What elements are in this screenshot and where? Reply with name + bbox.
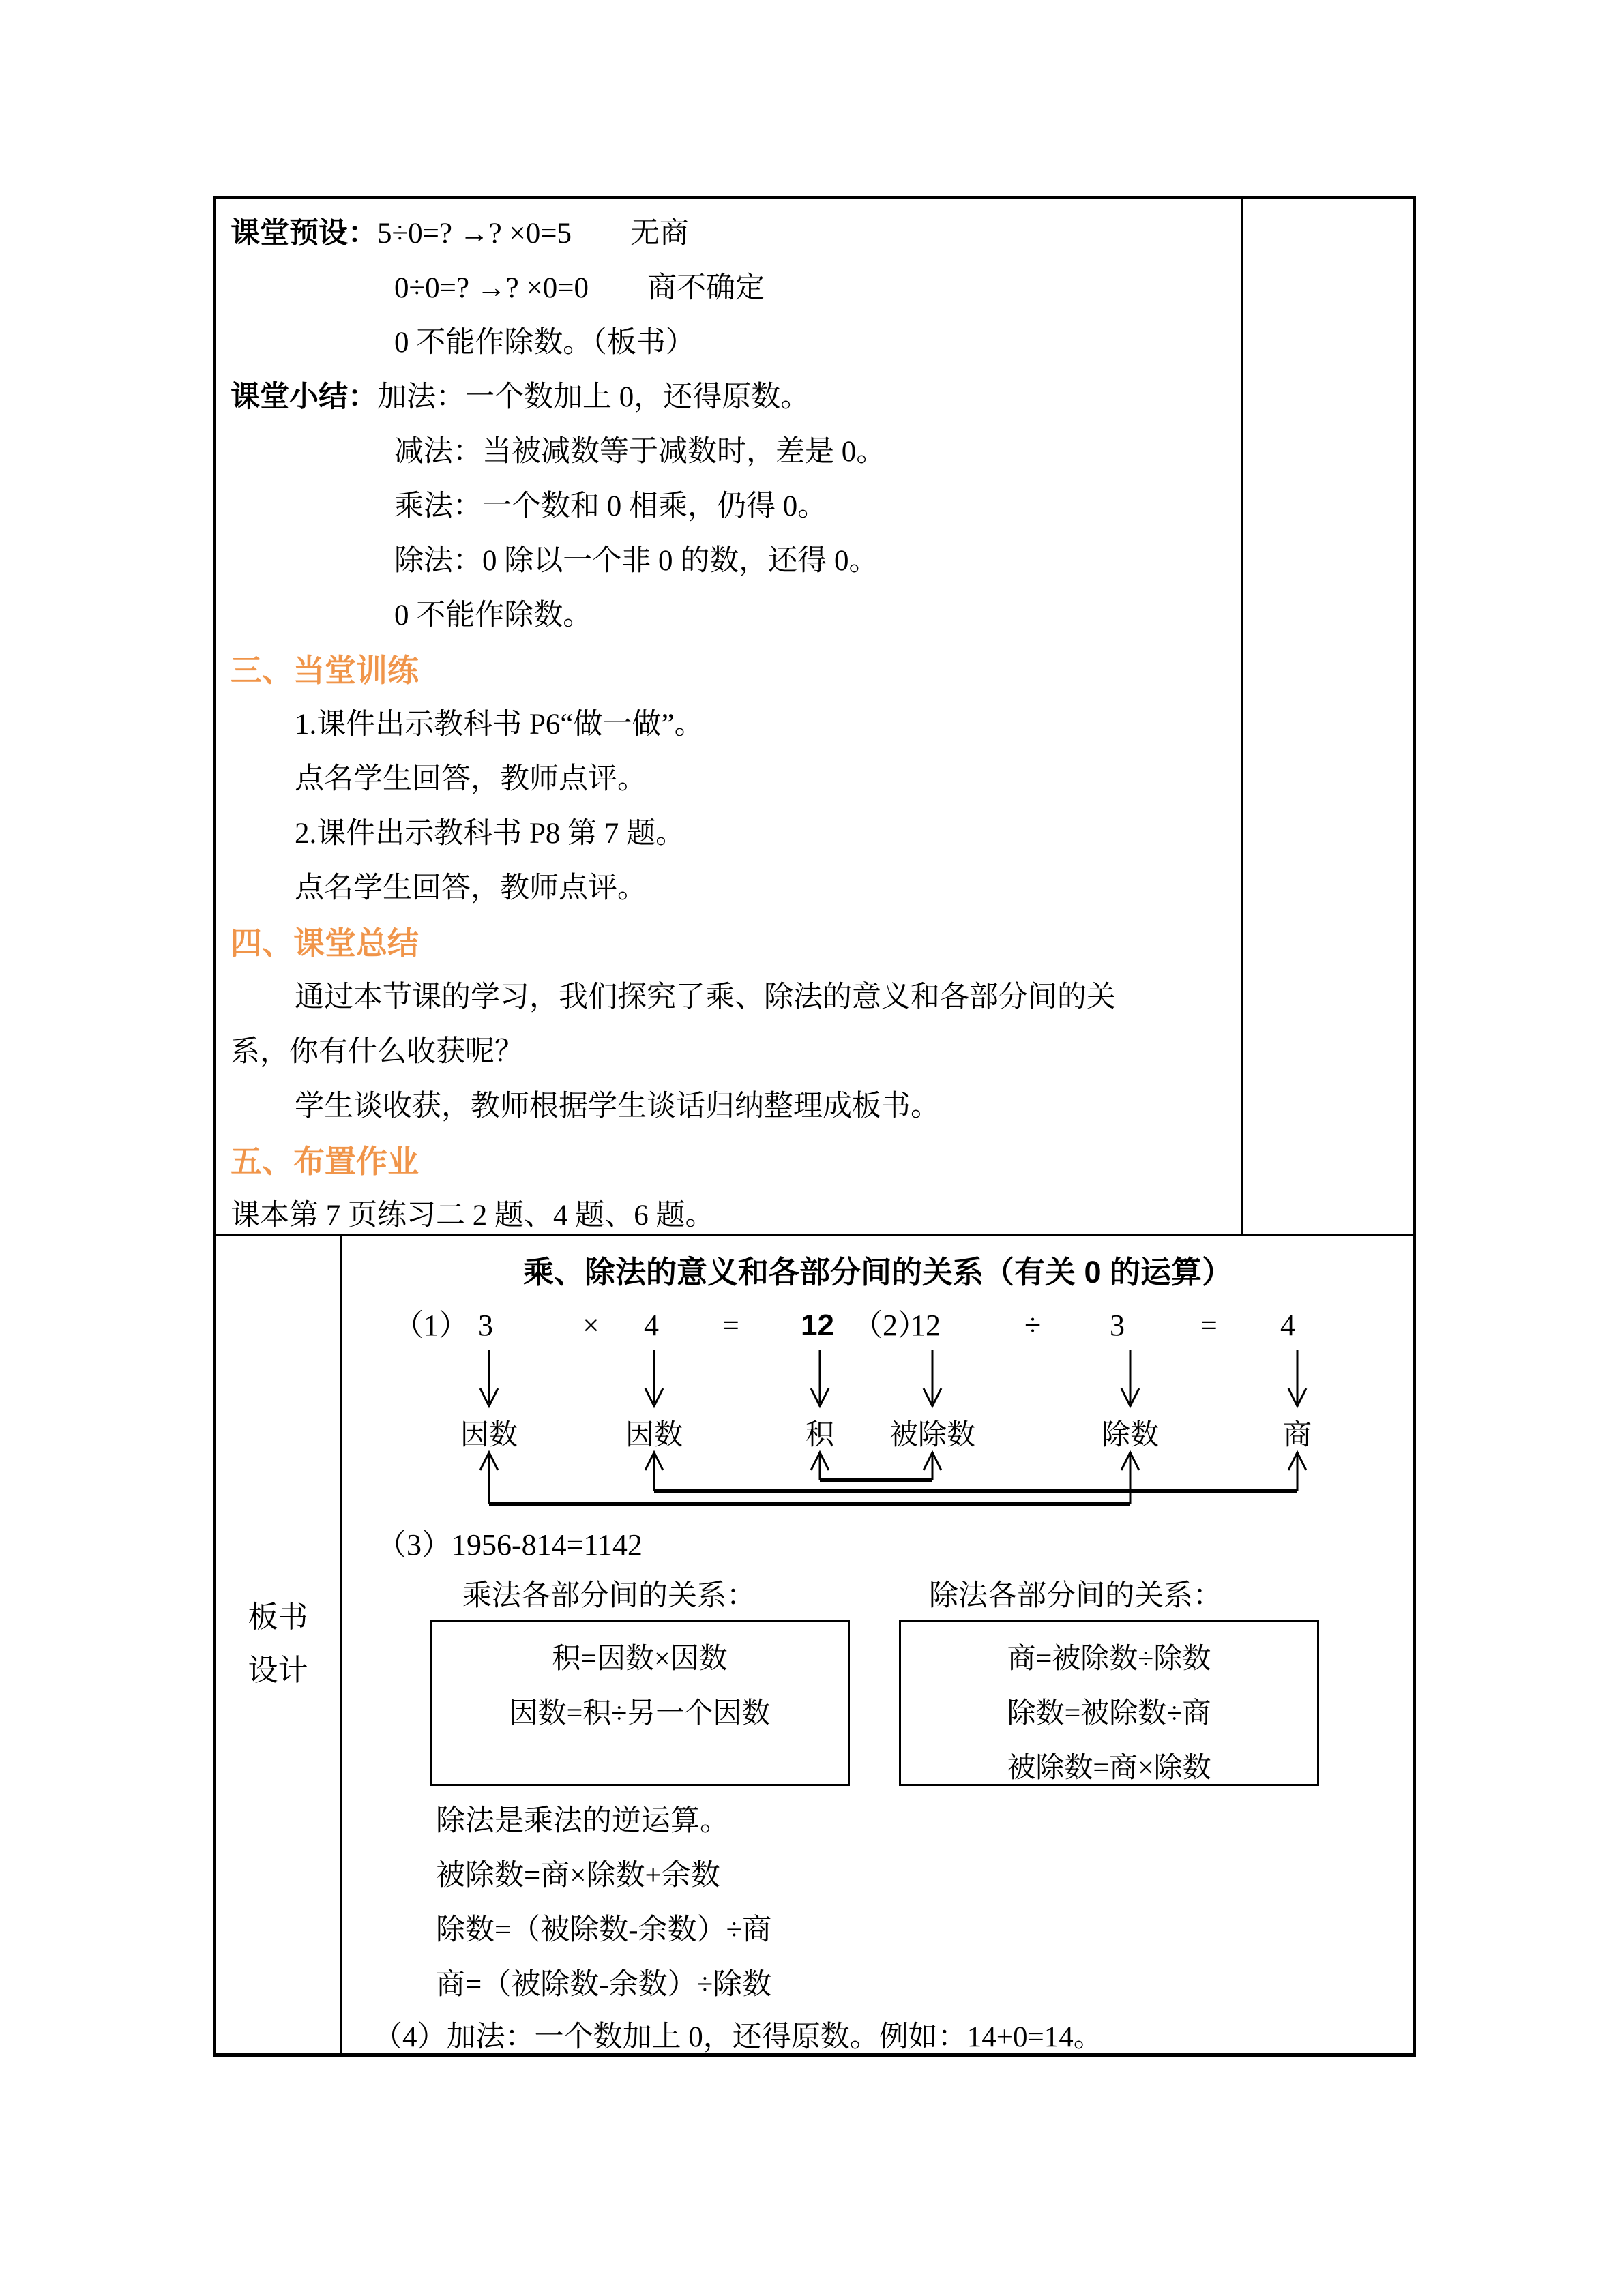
heading-text: 五、布置作业 [231,1144,419,1179]
equation-token-product: 12 [801,1304,834,1347]
line-text: 5÷0=? →? ×0=5 无商 [377,218,689,250]
section-heading-4: 四、课堂总结 [216,916,1239,970]
line-text: 1.课件出示教科书 P6“做一做”。 [295,709,704,741]
text-line: 0 不能作除数。 [216,588,1239,643]
equation-token: 3 [478,1304,493,1347]
line-text: 点名学生回答，教师点评。 [295,763,647,795]
line-text: 2.课件出示教科书 P8 第 7 题。 [295,818,685,850]
lesson-plan-table: 课堂预设：5÷0=? →? ×0=5 无商 0÷0=? →? ×0=0 商不确定… [213,196,1416,2057]
table-divider-right-column [1241,199,1243,1234]
text-line: 0 不能作除数。（板书） [216,316,1239,370]
text-line: 系，你有什么收获呢？ [216,1025,1239,1079]
term-label: 积 [806,1420,835,1451]
equals-sign: = [722,1304,739,1347]
formula-line: 积=因数×因数 [432,1632,848,1686]
line-text: 加法：一个数加上 0，还得原数。 [377,381,810,413]
multiply-sign: × [582,1304,600,1347]
text-line: 0÷0=? →? ×0=0 商不确定 [216,261,1239,316]
line-text: 0 不能作除数。（板书） [394,327,695,359]
text-line: 1.课件出示教科书 P6“做一做”。 [216,698,1239,752]
text-line: 除法：0 除以一个非 0 的数，还得 0。 [216,534,1239,588]
equation-token: 3 [1110,1304,1125,1347]
term-label: 因数 [460,1420,518,1451]
text-line: 点名学生回答，教师点评。 [216,861,1239,916]
line-text: 通过本节课的学习，我们探究了乘、除法的意义和各部分间的关 [295,981,1116,1013]
board-design-cell: 乘、除法的意义和各部分间的关系（有关 0 的运算） （1） 3 × 4 = 12… [342,1236,1413,2053]
line-text: 减法：当被减数等于减数时，差是 0。 [394,436,885,468]
board-design-label-cell: 板书 设计 [216,1236,340,2053]
board-design-label-line: 板书 [248,1591,308,1644]
section-heading-5: 五、布置作业 [216,1134,1239,1189]
text-line: 减法：当被减数等于减数时，差是 0。 [216,425,1239,479]
term-label: 除数 [1102,1420,1159,1451]
term-label: 被除数 [889,1420,975,1451]
division-relations-box: 商=被除数÷除数 除数=被除数÷商 被除数=商×除数 [899,1620,1319,1786]
line-text: 学生谈收获，教师根据学生谈话归纳整理成板书。 [295,1090,940,1122]
board-item-4: （4）加法：一个数加上 0，还得原数。例如：14+0=14。 [373,2017,1103,2058]
line-text: 0 不能作除数。 [394,599,592,631]
text-line: 学生谈收获，教师根据学生谈话归纳整理成板书。 [216,1079,1239,1134]
section-heading-3: 三、当堂训练 [216,643,1239,698]
heading-text: 三、当堂训练 [231,653,419,688]
down-arrow-icon [480,1350,1306,1406]
line-text: 系，你有什么收获呢？ [231,1036,524,1068]
board-note: 除法是乘法的逆运算。 [436,1801,729,1842]
equation-token: （1） [394,1304,469,1347]
equation-token: 4 [1280,1304,1295,1347]
multiplication-relations-box: 积=因数×因数 因数=积÷另一个因数 [430,1620,850,1786]
formula-line: 除数=被除数÷商 [901,1686,1317,1741]
line-text: 点名学生回答，教师点评。 [295,872,647,904]
text-line: 乘法：一个数和 0 相乘，仍得 0。 [216,479,1239,534]
board-note: 除数=（被除数-余数）÷商 [436,1910,771,1951]
example-equations: （1） 3 × 4 = 12 （2） 12 ÷ 3 = 4 [342,1304,1413,1347]
formula-line: 因数=积÷另一个因数 [432,1686,848,1741]
formula-line: 商=被除数÷除数 [901,1632,1317,1686]
equation-token: 4 [644,1304,659,1347]
line-text: 0÷0=? →? ×0=0 商不确定 [394,272,765,304]
equation-token: 12 [911,1304,941,1347]
line-label: 课堂小结： [231,381,377,413]
term-label: 因数 [625,1420,683,1451]
text-line: 课堂预设：5÷0=? →? ×0=5 无商 [216,207,1239,261]
heading-text: 四、课堂总结 [231,925,419,961]
terms-arrow-diagram: 因数 因数 积 被除数 除数 商 [342,1345,1413,1522]
connector-bracket [489,1480,1297,1504]
formula-line: 被除数=商×除数 [901,1741,1317,1795]
multiplication-relations-heading: 乘法各部分间的关系： [462,1577,756,1616]
line-label: 课堂预设： [231,218,377,250]
line-text: 除法：0 除以一个非 0 的数，还得 0。 [394,545,879,577]
lesson-plan-page: 课堂预设：5÷0=? →? ×0=5 无商 0÷0=? →? ×0=0 商不确定… [0,0,1624,2296]
board-title: 乘、除法的意义和各部分间的关系（有关 0 的运算） [342,1252,1413,1293]
line-text: 课本第 7 页练习二 2 题、4 题、6 题。 [231,1199,715,1232]
board-design-label-line: 设计 [248,1644,308,1697]
text-line: 课堂小结：加法：一个数加上 0，还得原数。 [216,370,1239,425]
equals-sign: = [1200,1304,1217,1347]
text-line: 2.课件出示教科书 P8 第 7 题。 [216,807,1239,861]
board-note: 商=（被除数-余数）÷除数 [436,1965,771,2006]
text-line: 课本第 7 页练习二 2 题、4 题、6 题。 [216,1189,1239,1234]
notes-cell: 课堂预设：5÷0=? →? ×0=5 无商 0÷0=? →? ×0=0 商不确定… [216,199,1239,1234]
term-label: 商 [1283,1420,1312,1451]
divide-sign: ÷ [1024,1304,1041,1347]
board-item-3: （3）1956-814=1142 [377,1525,643,1566]
line-text: 乘法：一个数和 0 相乘，仍得 0。 [394,490,827,522]
text-line: 点名学生回答，教师点评。 [216,752,1239,807]
board-note: 被除数=商×除数+余数 [436,1855,720,1896]
text-line: 通过本节课的学习，我们探究了乘、除法的意义和各部分间的关 [216,970,1239,1025]
division-relations-heading: 除法各部分间的关系： [929,1577,1222,1616]
